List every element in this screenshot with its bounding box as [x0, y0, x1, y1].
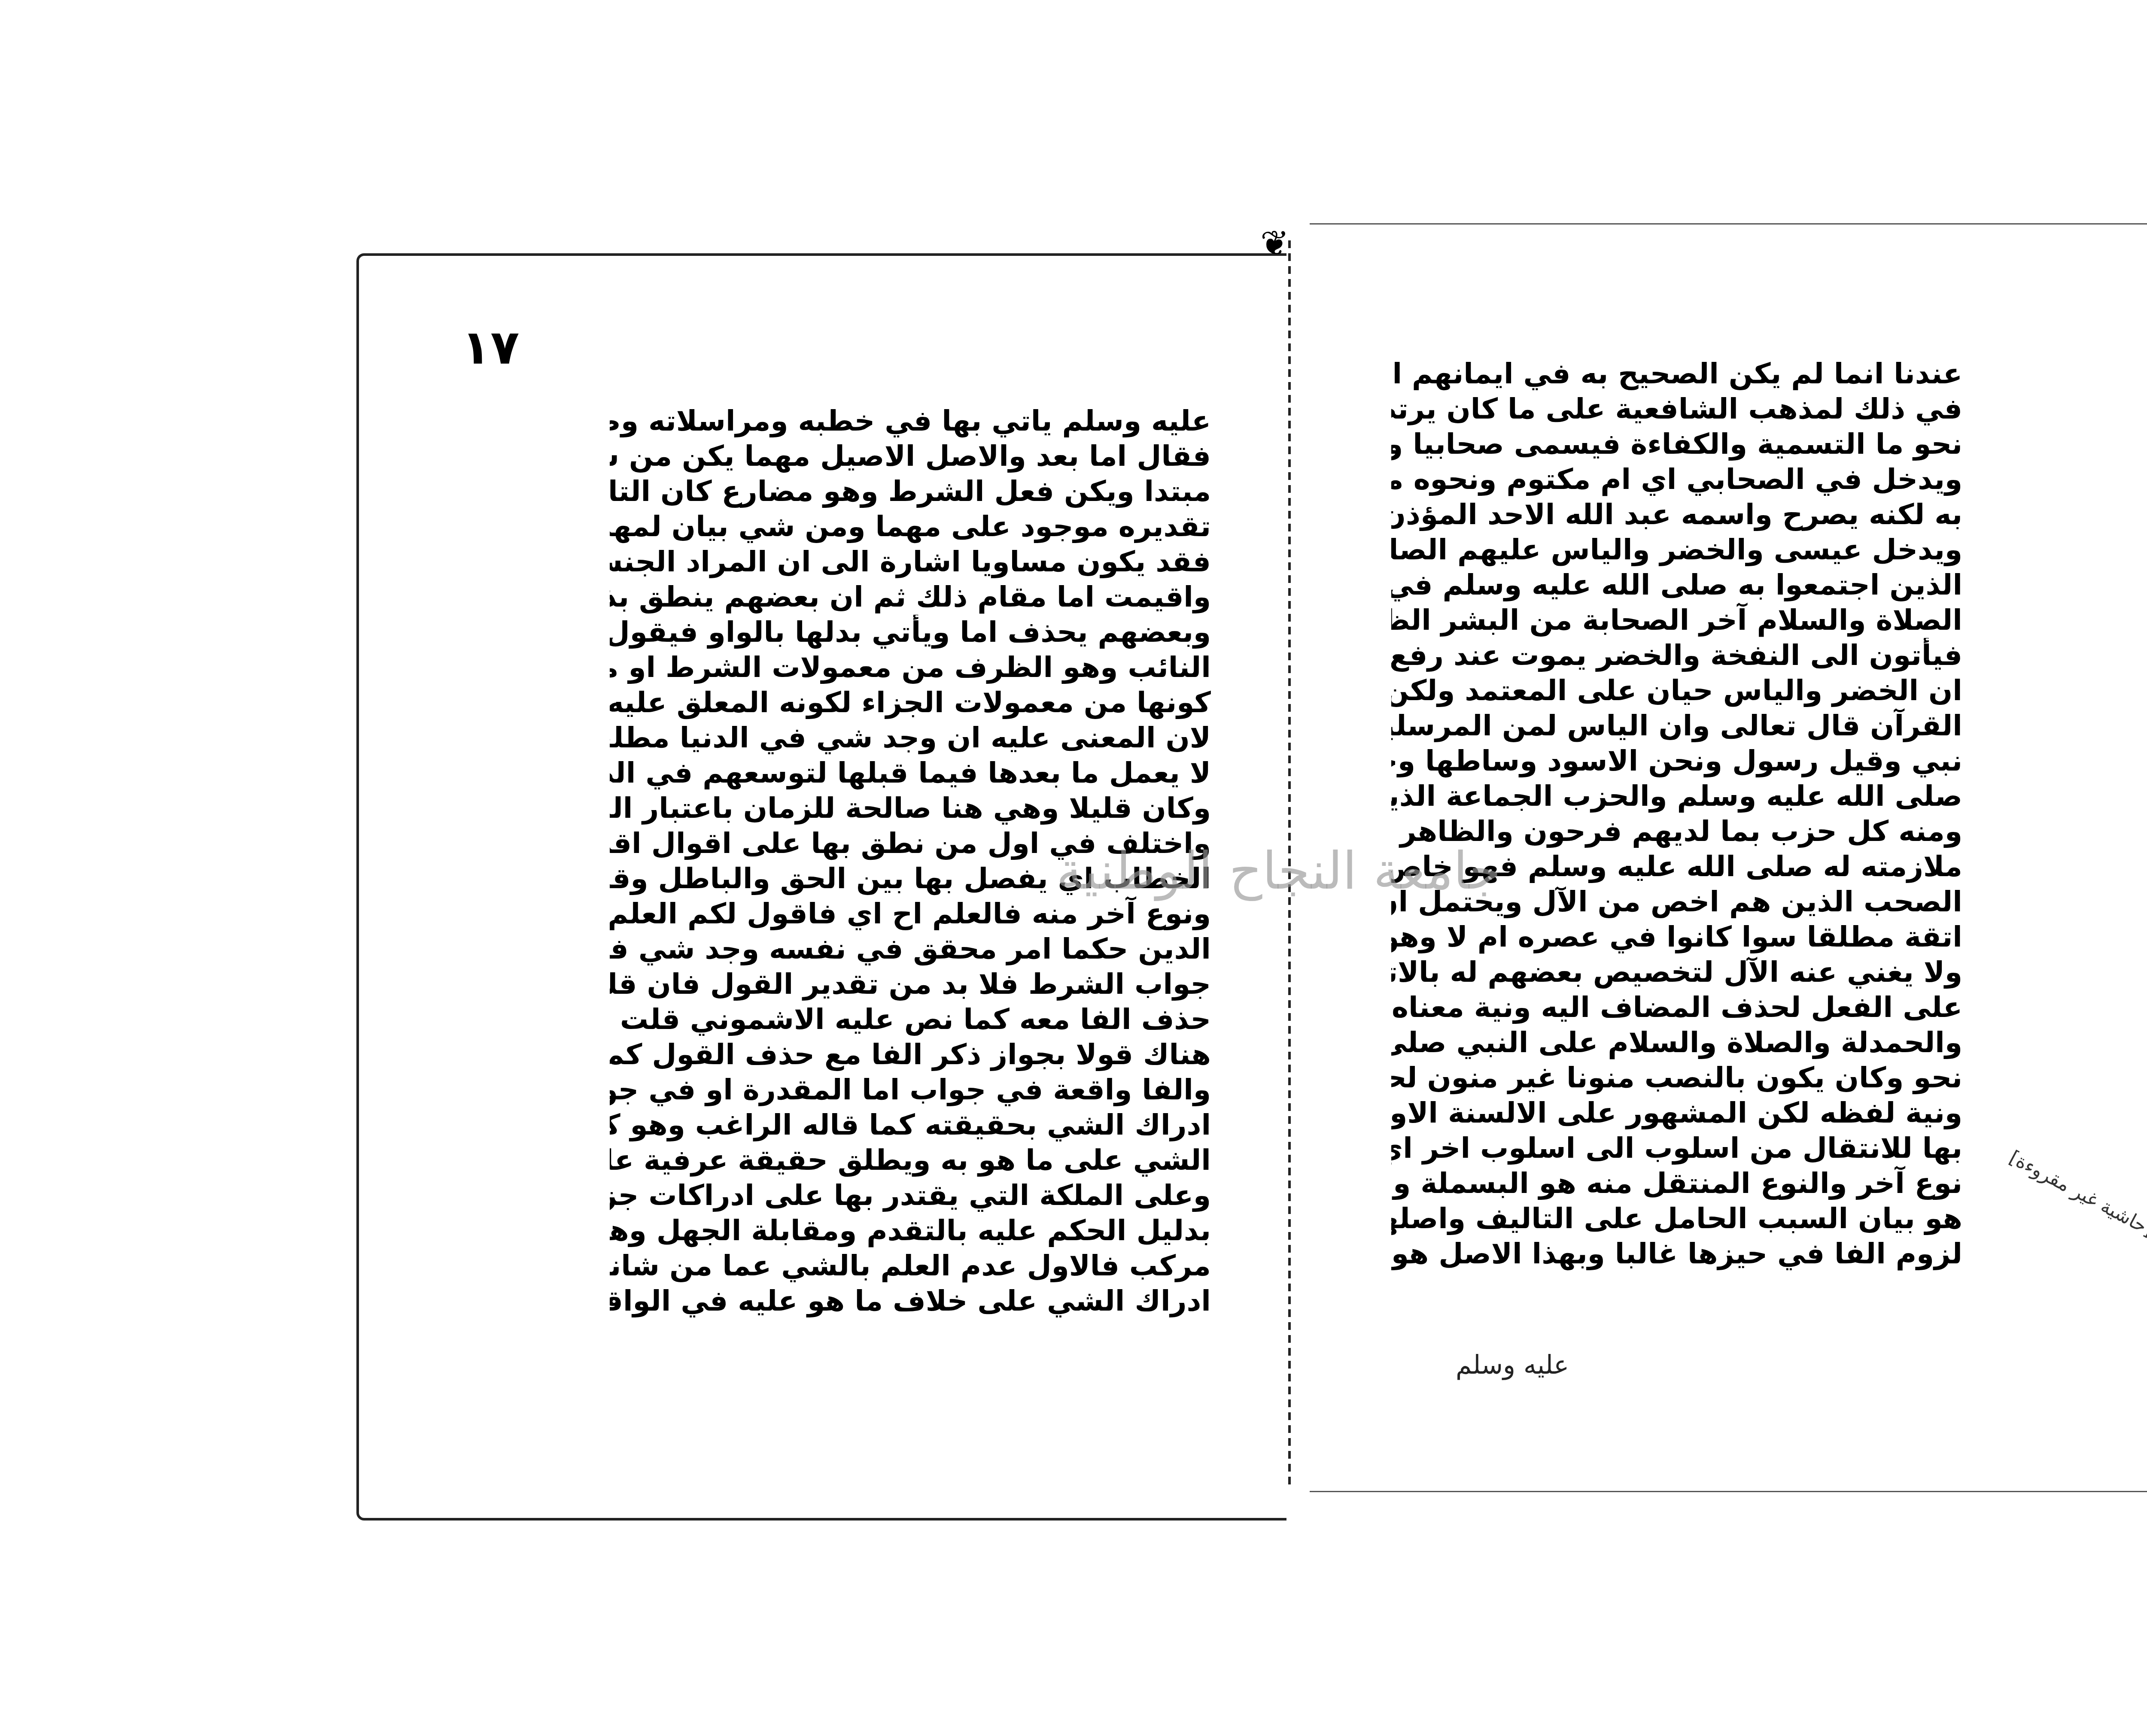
- manuscript-line: مبتدا ويكن فعل الشرط وهو مضارع كان التام…: [610, 474, 1211, 509]
- manuscript-line: القرآن قال تعالى وان الياس لمن المرسلين …: [1391, 708, 1962, 744]
- manuscript-line: لان المعنى عليه ان وجد شي في الدنيا مطلق…: [610, 720, 1211, 756]
- manuscript-line: والفا واقعة في جواب اما المقدرة او في جو…: [610, 1072, 1211, 1108]
- manuscript-line: صلى الله عليه وسلم والحزب الجماعة الذين …: [1391, 779, 1962, 814]
- manuscript-line: كونها من معمولات الجزاء لكونه المعلق علي…: [610, 685, 1211, 720]
- manuscript-line: تقديره موجود على مهما ومن شي بيان لمهما …: [610, 509, 1211, 544]
- manuscript-line: واقيمت اما مقام ذلك ثم ان بعضهم ينطق بذل…: [610, 580, 1211, 615]
- manuscript-line: به لكنه يصرح واسمه عبد الله الاحد المؤذن…: [1391, 497, 1962, 532]
- manuscript-line: ادراك الشي على خلاف ما هو عليه في الواقع…: [610, 1284, 1211, 1319]
- manuscript-line: فقال اما بعد والاصل الاصيل مهما يكن من ش…: [610, 439, 1211, 474]
- manuscript-line: فيأتون الى النفخة والخضر يموت عند رفع ال…: [1391, 638, 1962, 673]
- manuscript-line: حذف الفا معه كما نص عليه الاشموني قلت ال…: [610, 1002, 1211, 1037]
- manuscript-line: وبعضهم يحذف اما ويأتي بدلها بالواو فيقول…: [610, 615, 1211, 650]
- manuscript-line: جواب الشرط فلا بد من تقدير القول فان قلت…: [610, 967, 1211, 1002]
- gutter-ornament-icon: ❦: [1260, 223, 1289, 263]
- folio-number: ١٧: [462, 320, 519, 375]
- manuscript-line: ادراك الشي بحقيقته كما قاله الراغب وهو ك…: [610, 1108, 1211, 1143]
- manuscript-line: مركب فالاول عدم العلم بالشي عما من شانه …: [610, 1248, 1211, 1284]
- manuscript-line: ولا يغني عنه الآل لتخصيص بعضهم له بالاتق…: [1391, 955, 1962, 990]
- manuscript-line: النائب وهو الظرف من معمولات الشرط او من …: [610, 650, 1211, 685]
- manuscript-line: هناك قولا بجواز ذكر الفا مع حذف القول كم…: [610, 1037, 1211, 1072]
- manuscript-line: الصلاة والسلام آخر الصحابة من البشر الظا…: [1391, 603, 1962, 638]
- manuscript-line: ويدخل في الصحابي اي ام مكتوم ونحوه من ال…: [1391, 462, 1962, 497]
- manuscript-line: نحو ما التسمية والكفاءة فيسمى صحابيا ويك…: [1391, 427, 1962, 462]
- library-watermark: جامعة النجاح الوطنية: [1056, 841, 1501, 901]
- manuscript-line: ونية لفظه لكن المشهور على الالسنة الاول …: [1391, 1096, 1962, 1131]
- manuscript-line: نحو وكان يكون بالنصب منونا غير منون لحذف…: [1391, 1060, 1962, 1096]
- manuscript-line: فقد يكون مساويا اشارة الى ان المراد الجن…: [610, 544, 1211, 580]
- manuscript-line: الشي على ما هو به ويطلق حقيقة عرفية على …: [610, 1143, 1211, 1178]
- right-page-text: عندنا انما لم يكن الصحيح به في ايمانهم ا…: [1391, 356, 1962, 1272]
- manuscript-line: على الفعل لحذف المضاف اليه ونية معناه وا…: [1391, 990, 1962, 1025]
- manuscript-line: بدليل الحكم عليه بالتقدم ومقابلة الجهل و…: [610, 1213, 1211, 1248]
- manuscript-line: الدين حكما امر محقق في نفسه وجد شي في ال…: [610, 932, 1211, 967]
- manuscript-line: وكان قليلا وهي هنا صالحة للزمان باعتبار …: [610, 791, 1211, 826]
- manuscript-line: وعلى الملكة التي يقتدر بها على ادراكات ج…: [610, 1178, 1211, 1213]
- manuscript-line: والحمدلة والصلاة والسلام على النبي صلى ا…: [1391, 1025, 1962, 1060]
- manuscript-line: هو بيان السبب الحامل على التاليف واصلها …: [1391, 1201, 1962, 1236]
- manuscript-line: نبي وقيل رسول ونحن الاسود وساطها وحزبه ا…: [1391, 744, 1962, 779]
- manuscript-line: نوع آخر والنوع المنتقل منه هو البسملة وم…: [1391, 1166, 1962, 1201]
- manuscript-line: في ذلك لمذهب الشافعية على ما كان يرتضيه …: [1391, 392, 1962, 427]
- manuscript-line: بها للانتقال من اسلوب الى اسلوب اخر اي م…: [1391, 1131, 1962, 1166]
- manuscript-line: ويدخل عيسى والخضر والياس عليهم الصلاة وا…: [1391, 532, 1962, 568]
- manuscript-line: الذين اجتمعوا به صلى الله عليه وسلم في ا…: [1391, 568, 1962, 603]
- manuscript-line: ان الخضر والياس حيان على المعتمد ولكن ال…: [1391, 673, 1962, 708]
- manuscript-line: اتقة مطلقا سوا كانوا في عصره ام لا وهو ا…: [1391, 920, 1962, 955]
- manuscript-line: ونوع آخر منه فالعلم اح اي فاقول لكم العل…: [610, 896, 1211, 932]
- manuscript-line: لا يعمل ما بعدها فيما قبلها لتوسعهم في ا…: [610, 756, 1211, 791]
- manuscript-line: لزوم الفا في حيزها غالبا وبهذا الاصل هو …: [1391, 1236, 1962, 1272]
- manuscript-line: عندنا انما لم يكن الصحيح به في ايمانهم ا…: [1391, 356, 1962, 392]
- catchword: عليه وسلم: [1456, 1350, 1569, 1380]
- manuscript-line: عليه وسلم ياتي بها في خطبه ومراسلاته وصح…: [610, 404, 1211, 439]
